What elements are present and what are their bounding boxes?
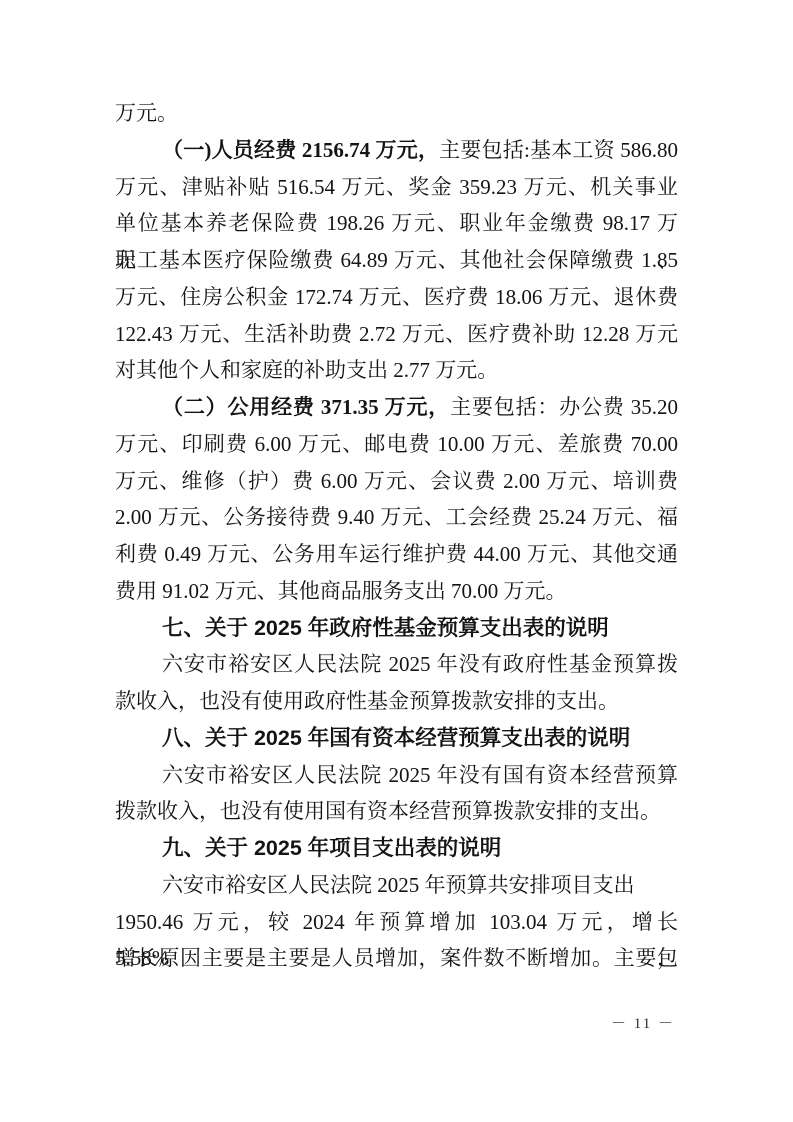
text-segment: 万元、津贴补贴 516.54 万元、奖金 359.23 万元、机关事业 bbox=[115, 175, 678, 199]
section-heading: 七、关于 2025 年政府性基金预算支出表的说明 bbox=[115, 610, 678, 647]
text-line: 职工基本医疗保险缴费 64.89 万元、其他社会保障缴费 1.85 bbox=[115, 242, 678, 279]
page-number: － 11 － bbox=[611, 1012, 675, 1036]
text-segment: 万元、住房公积金 172.74 万元、医疗费 18.06 万元、退休费 bbox=[115, 285, 678, 309]
text-segment: 万元、印刷费 6.00 万元、邮电费 10.00 万元、差旅费 70.00 bbox=[115, 432, 678, 456]
text-segment: 主要包括:基本工资 586.80 bbox=[439, 138, 678, 162]
text-line: 122.43 万元、生活补助费 2.72 万元、医疗费补助 12.28 万元 bbox=[115, 316, 678, 353]
text-segment: 八、关于 2025 年国有资本经营预算支出表的说明 bbox=[162, 726, 630, 750]
text-line: 六安市裕安区人民法院 2025 年没有政府性基金预算拨 bbox=[115, 646, 678, 683]
text-segment: （二）公用经费 371.35 万元， bbox=[162, 395, 450, 419]
text-segment: 职工基本医疗保险缴费 64.89 万元、其他社会保障缴费 1.85 bbox=[115, 248, 678, 272]
text-line: 万元、住房公积金 172.74 万元、医疗费 18.06 万元、退休费 bbox=[115, 279, 678, 316]
text-segment: 六安市裕安区人民法院 2025 年没有国有资本经营预算 bbox=[162, 763, 678, 787]
text-segment: 七、关于 2025 年政府性基金预算支出表的说明 bbox=[162, 616, 609, 640]
text-segment: 九、关于 2025 年项目支出表的说明 bbox=[162, 836, 501, 860]
text-line: 2.00 万元、公务接待费 9.40 万元、工会经费 25.24 万元、福 bbox=[115, 499, 678, 536]
text-segment: 增长原因主要是主要是人员增加，案件数不断增加。主要包 bbox=[115, 946, 678, 970]
text-line: 1950.46 万元，较 2024 年预算增加 103.04 万元，增长 5.5… bbox=[115, 904, 678, 941]
text-line: （二）公用经费 371.35 万元，主要包括：办公费 35.20 bbox=[115, 389, 678, 426]
text-line: 万元、津贴补贴 516.54 万元、奖金 359.23 万元、机关事业 bbox=[115, 169, 678, 206]
text-line: 款收入，也没有使用政府性基金预算拨款安排的支出。 bbox=[115, 683, 678, 720]
text-segment: 六安市裕安区人民法院 2025 年没有政府性基金预算拨 bbox=[162, 652, 678, 676]
text-segment: 六安市裕安区人民法院 2025 年预算共安排项目支出 bbox=[162, 873, 635, 897]
text-segment: 利费 0.49 万元、公务用车运行维护费 44.00 万元、其他交通 bbox=[115, 542, 678, 566]
text-line: 对其他个人和家庭的补助支出 2.77 万元。 bbox=[115, 352, 678, 389]
text-segment: 拨款收入，也没有使用国有资本经营预算拨款安排的支出。 bbox=[115, 799, 661, 823]
text-line: 万元、印刷费 6.00 万元、邮电费 10.00 万元、差旅费 70.00 bbox=[115, 426, 678, 463]
text-segment: （一)人员经费 2156.74 万元， bbox=[162, 138, 439, 162]
text-segment: 万元。 bbox=[115, 101, 178, 125]
text-line: 费用 91.02 万元、其他商品服务支出 70.00 万元。 bbox=[115, 573, 678, 610]
text-segment: 2.00 万元、公务接待费 9.40 万元、工会经费 25.24 万元、福 bbox=[115, 505, 678, 529]
text-line: 单位基本养老保险费 198.26 万元、职业年金缴费 98.17 万元、 bbox=[115, 205, 678, 242]
text-segment: 对其他个人和家庭的补助支出 2.77 万元。 bbox=[115, 358, 498, 382]
text-segment: 主要包括：办公费 35.20 bbox=[450, 395, 678, 419]
text-line: 利费 0.49 万元、公务用车运行维护费 44.00 万元、其他交通 bbox=[115, 536, 678, 573]
text-line: 六安市裕安区人民法院 2025 年预算共安排项目支出 bbox=[115, 867, 678, 904]
text-segment: 122.43 万元、生活补助费 2.72 万元、医疗费补助 12.28 万元 bbox=[115, 322, 678, 346]
text-line: 拨款收入，也没有使用国有资本经营预算拨款安排的支出。 bbox=[115, 793, 678, 830]
text-segment: 款收入，也没有使用政府性基金预算拨款安排的支出。 bbox=[115, 689, 619, 713]
text-line: 增长原因主要是主要是人员增加，案件数不断增加。主要包 bbox=[115, 940, 678, 977]
text-content: 万元。（一)人员经费 2156.74 万元，主要包括:基本工资 586.80万元… bbox=[115, 95, 678, 977]
text-line: 六安市裕安区人民法院 2025 年没有国有资本经营预算 bbox=[115, 757, 678, 794]
text-line: 万元、维修（护）费 6.00 万元、会议费 2.00 万元、培训费 bbox=[115, 463, 678, 500]
text-line: （一)人员经费 2156.74 万元，主要包括:基本工资 586.80 bbox=[115, 132, 678, 169]
section-heading: 九、关于 2025 年项目支出表的说明 bbox=[115, 830, 678, 867]
text-line: 万元。 bbox=[115, 95, 678, 132]
text-segment: 费用 91.02 万元、其他商品服务支出 70.00 万元。 bbox=[115, 579, 567, 603]
document-page: 万元。（一)人员经费 2156.74 万元，主要包括:基本工资 586.80万元… bbox=[0, 0, 793, 1122]
section-heading: 八、关于 2025 年国有资本经营预算支出表的说明 bbox=[115, 720, 678, 757]
text-segment: 万元、维修（护）费 6.00 万元、会议费 2.00 万元、培训费 bbox=[115, 469, 678, 493]
